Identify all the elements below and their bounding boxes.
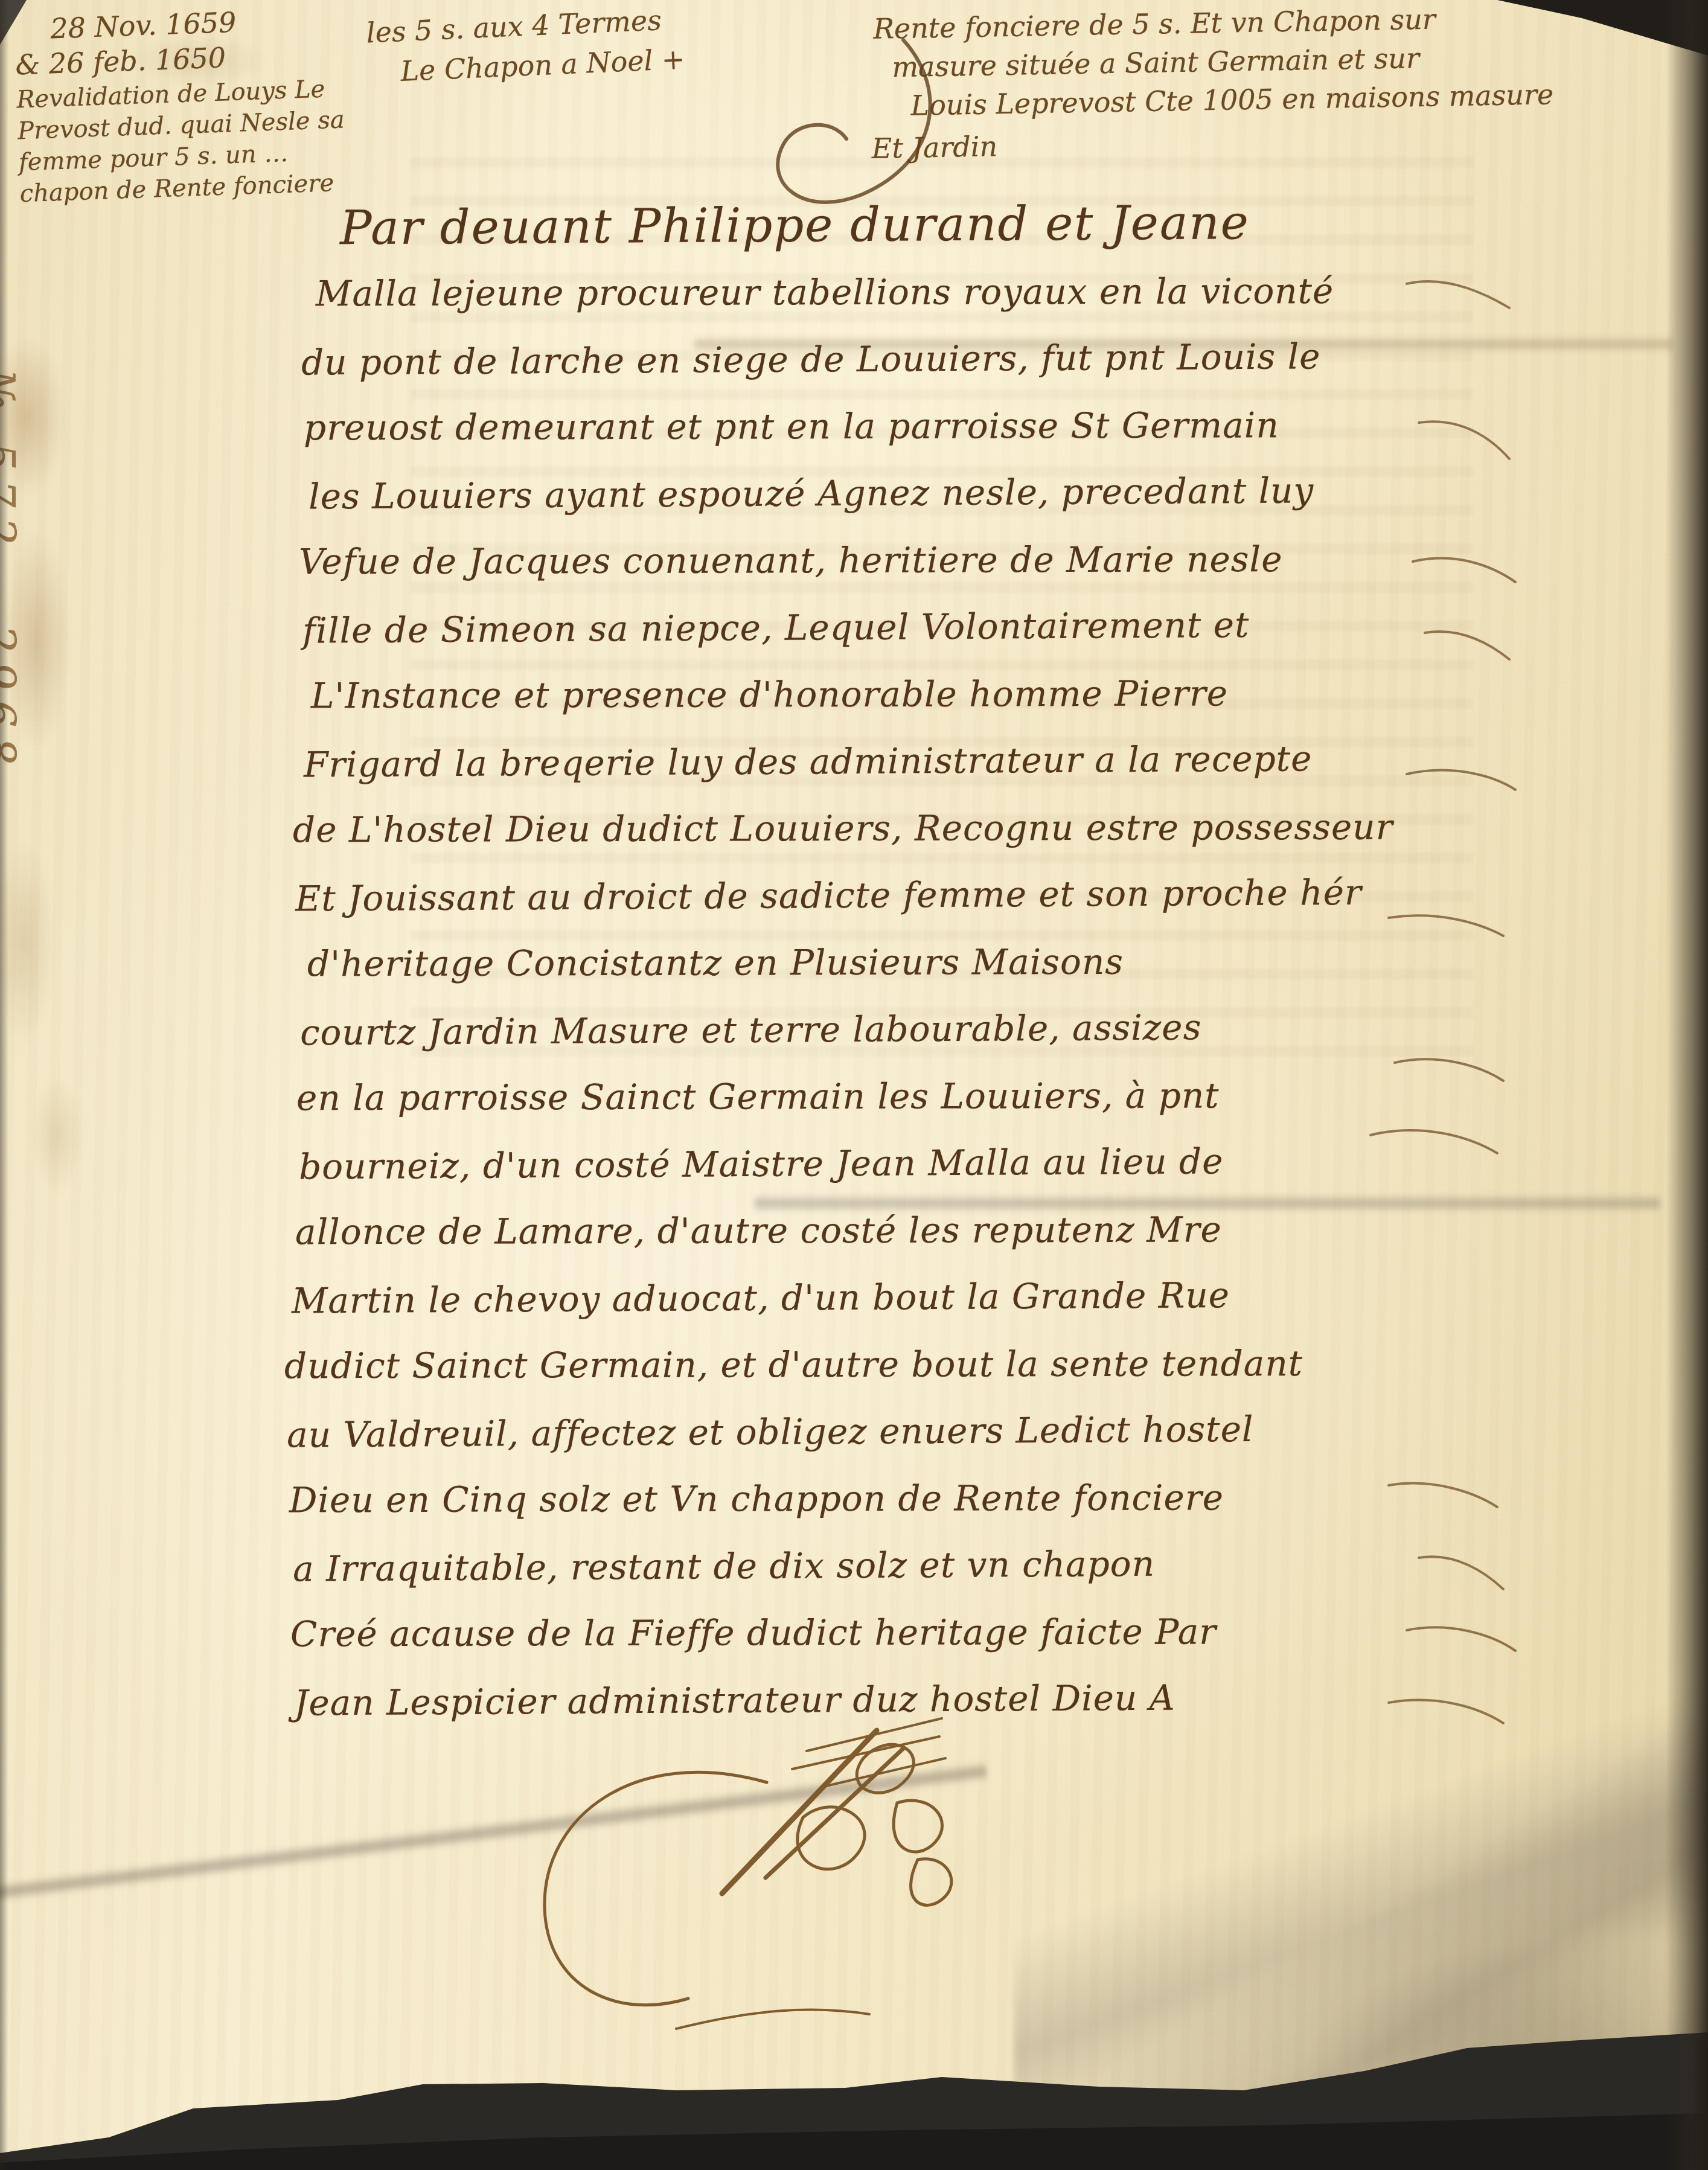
act-text-line: a Irraquitable, restant de dix solz et v… bbox=[293, 1529, 1393, 1602]
act-text-line: du pont de larche en siege de Louuiers, … bbox=[301, 322, 1393, 396]
diagonal-crease bbox=[0, 1761, 988, 1907]
act-text-line: preuost demeurant et pnt en la parroisse… bbox=[304, 392, 1393, 462]
bottom-black-edge bbox=[0, 2032, 1708, 2170]
act-text-line: les Louuiers ayant espouzé Agnez nesle, … bbox=[309, 457, 1393, 531]
act-text-line: Martin le chevoy aduocat, d'un bout la G… bbox=[292, 1261, 1393, 1334]
annotation-line: Et Jardin bbox=[871, 117, 1555, 168]
act-text-line: d'heritage Concistantz en Plusieurs Mais… bbox=[307, 928, 1393, 998]
marginal-annotation-dates: 28 Nov. 1659 & 26 feb. 1650 Revalidation… bbox=[14, 3, 348, 210]
act-text-line: Malla lejeune procureur tabellions royau… bbox=[316, 258, 1393, 328]
act-text-line: Frigard la breqerie luy des administrate… bbox=[304, 725, 1393, 798]
manuscript-scan-page: 28 Nov. 1659 & 26 feb. 1650 Revalidation… bbox=[0, 0, 1708, 2170]
act-text-line: en la parroisse Sainct Germain les Louui… bbox=[296, 1062, 1393, 1132]
act-text-line: allonce de Lamare, d'autre costé les rep… bbox=[295, 1196, 1393, 1266]
crumpled-corner-shadow bbox=[1014, 1663, 1708, 2134]
notary-paraph bbox=[545, 1718, 952, 2029]
archival-cote-vertical: № 572 . 2968 bbox=[0, 368, 24, 774]
act-text-line: L'Instance et presence d'honorable homme… bbox=[311, 660, 1393, 730]
right-edge-shadow bbox=[1666, 0, 1708, 2170]
act-text-line: Et Jouissant au droict de sadicte femme … bbox=[295, 859, 1393, 932]
act-text-line: de L'hostel Dieu dudict Louuiers, Recogn… bbox=[293, 794, 1393, 864]
act-text-line: courtz Jardin Masure et terre labourable… bbox=[300, 993, 1393, 1066]
act-text-line: Dieu en Cinq solz et Vn chappon de Rente… bbox=[289, 1464, 1393, 1534]
marginal-annotation-summary: Rente fonciere de 5 s. Et vn Chapon sur … bbox=[873, 0, 1555, 168]
act-text-line: Vefue de Jacques conuenant, heritiere de… bbox=[299, 526, 1393, 596]
act-text-line: dudict Sainct Germain, et d'autre bout l… bbox=[284, 1330, 1393, 1400]
bottom-black-core bbox=[0, 2113, 1708, 2170]
act-text-line: Jean Lespicier administrateur duz hostel… bbox=[294, 1663, 1393, 1736]
act-text-line: Par deuant Philippe durand et Jeane bbox=[340, 189, 1393, 263]
act-text-line: bourneiz, d'un costé Maistre Jean Malla … bbox=[299, 1127, 1393, 1200]
act-text-line: fille de Simeon sa niepce, Lequel Volont… bbox=[302, 591, 1393, 664]
act-text-block: Par deuant Philippe durand et Jeane Mall… bbox=[305, 192, 1393, 1733]
left-edge-shadow bbox=[0, 0, 8, 2170]
act-text-line: Creé acause de la Fieffe dudict heritage… bbox=[290, 1598, 1393, 1668]
act-text-line: au Valdreuil, affectez et obligez enuers… bbox=[287, 1395, 1393, 1468]
marginal-annotation-terms: les 5 s. aux 4 Termes Le Chapon a Noel + bbox=[365, 0, 685, 92]
